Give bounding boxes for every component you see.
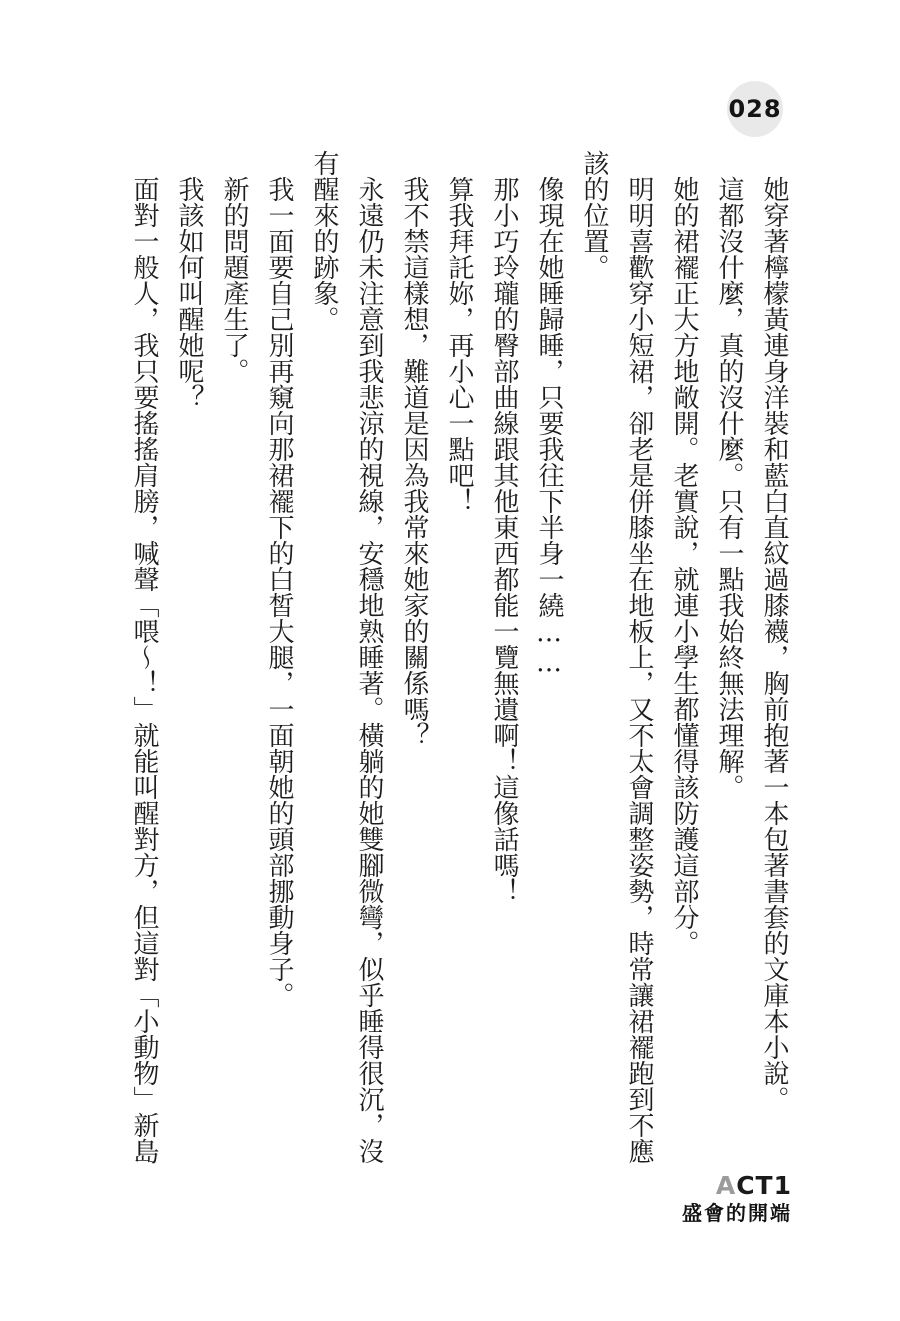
novel-text-block: 她穿著檸檬黃連身洋裝和藍白直紋過膝襪，胸前抱著一本包著書套的文庫本小說。 這都沒… (116, 150, 796, 1170)
page-number: 028 (728, 95, 781, 123)
paragraph: 面對一般人，我只要搖搖肩膀，喊聲「喂～！」就能叫醒對方，但這對「小動物」新島 (121, 150, 166, 1170)
paragraph: 我不禁這樣想，難道是因為我常來她家的關係嗎？ (391, 150, 436, 1170)
act-label: ACT1 (682, 1172, 792, 1200)
page-number-badge: 028 (727, 81, 783, 137)
act-label-rest: CT1 (736, 1171, 792, 1200)
paragraph: 那小巧玲瓏的臀部曲線跟其他東西都能一覽無遺啊！這像話嗎！ (481, 150, 526, 1170)
paragraph: 像現在她睡歸睡，只要我往下半身一繞…… (526, 150, 571, 1170)
paragraph: 這都沒什麼，真的沒什麼。只有一點我始終無法理解。 (706, 150, 751, 1170)
act-label-prefix: A (716, 1171, 736, 1200)
paragraph: 明明喜歡穿小短裙，卻老是併膝坐在地板上，又不太會調整姿勢，時常讓裙襬跑到不應該的… (571, 150, 661, 1170)
paragraph: 她的裙襬正大方地敞開。老實說，就連小學生都懂得該防護這部分。 (661, 150, 706, 1170)
chapter-title: 盛會的開端 (682, 1200, 792, 1226)
paragraph: 算我拜託妳，再小心一點吧！ (436, 150, 481, 1170)
paragraph: 永遠仍未注意到我悲涼的視線，安穩地熟睡著。橫躺的她雙腳微彎，似乎睡得很沉，沒有醒… (301, 150, 391, 1170)
paragraph: 她穿著檸檬黃連身洋裝和藍白直紋過膝襪，胸前抱著一本包著書套的文庫本小說。 (751, 150, 796, 1170)
chapter-footer: ACT1 盛會的開端 (682, 1172, 792, 1226)
paragraph: 我一面要自己別再窺向那裙襬下的白皙大腿，一面朝她的頭部挪動身子。 (256, 150, 301, 1170)
paragraph: 新的問題產生了。 (211, 150, 256, 1170)
paragraph: 我該如何叫醒她呢？ (166, 150, 211, 1170)
